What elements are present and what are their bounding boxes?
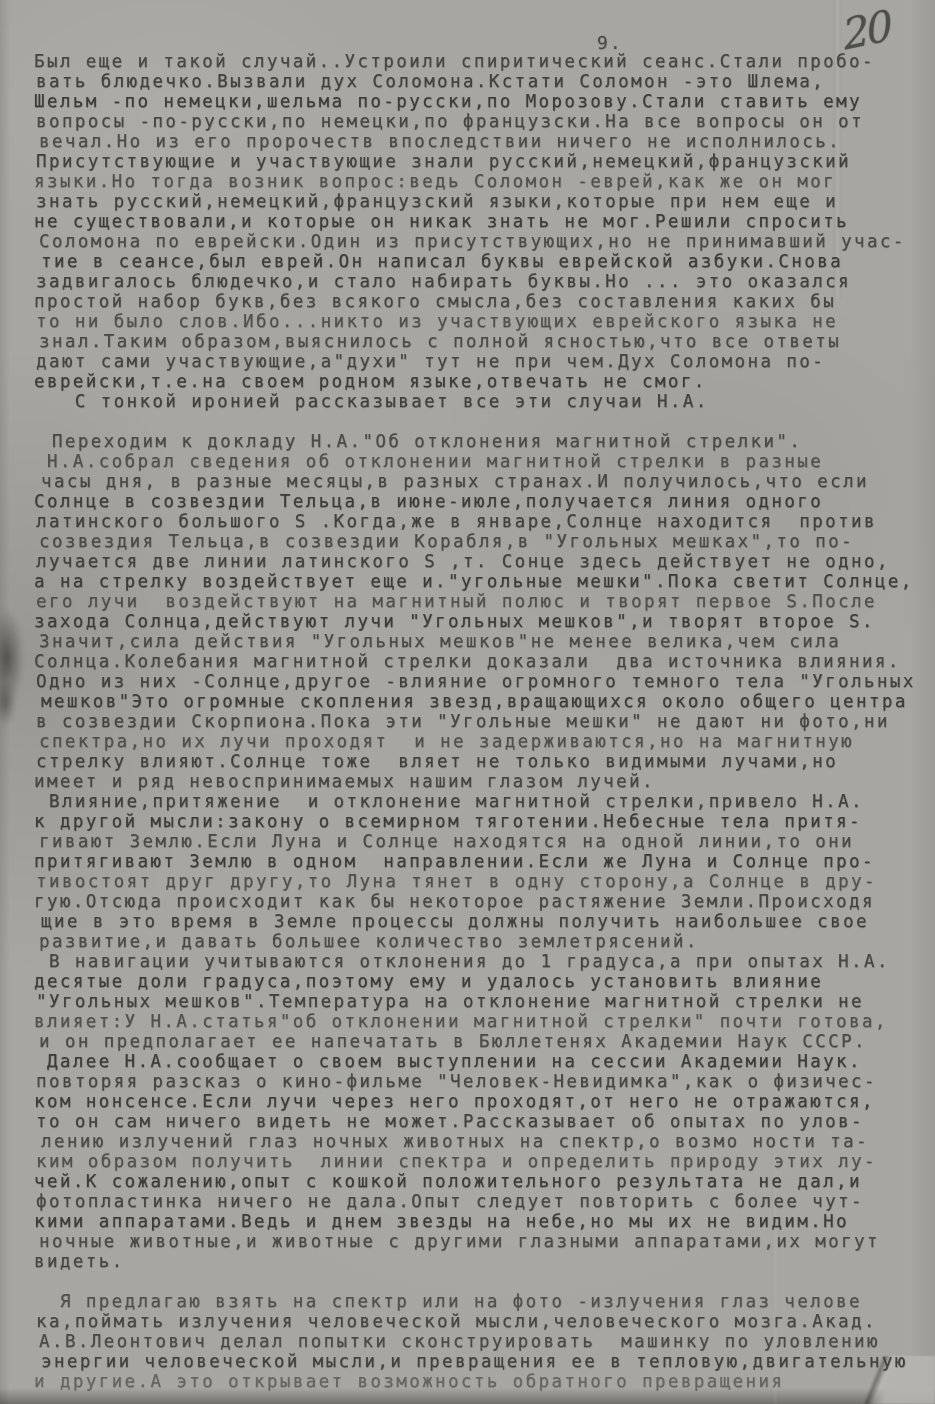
typescript-line: тивостоят друг другу,то Луна тянет в одн… (36, 872, 930, 892)
typescript-line: влияет:У Н.А.статья"об отклонении магнит… (34, 1012, 930, 1032)
typescript-line: Солнца.Колебания магнитной стрелки доказ… (34, 652, 930, 672)
typescript-line: захода Солнца,действуют лучи "Угольных м… (34, 612, 930, 632)
typescript-line: и другие.А это открывает возможность обр… (34, 1372, 930, 1392)
typescript-line: повторяя разсказ о кино-фильме "Человек-… (36, 1072, 930, 1092)
typescript-line: Одно из них -Солнце,другое -влияние огро… (36, 672, 930, 692)
typescript-line: Н.А.собрал сведения об отклонении магнит… (34, 452, 930, 472)
typescript-line: Соломона по еврейски.Один из присутствую… (39, 232, 930, 252)
typescript-line: его лучи воздействуют на магнитный полюс… (36, 592, 930, 612)
typescript-line: Шельм -по немецки,шельма по-русски,по Мо… (34, 92, 930, 112)
typescript-line: и он предполагает ее напечатать в Бюллет… (39, 1032, 930, 1052)
typescript: Был еще и такой случай..Устроили спирити… (34, 52, 930, 1392)
typescript-line: Далее Н.А.сообщает о своем выступлении н… (34, 1052, 930, 1072)
typescript-line (36, 1272, 930, 1292)
typescript-line: дают сами участвующие,а"духи" тут не при… (36, 352, 930, 372)
typescript-line: вечал.Но из его пророчеств впоследствии … (39, 132, 930, 152)
typescript-line: С тонкой иронией рассказывает все эти сл… (36, 392, 930, 412)
typescript-line: созвездия Тельца,в созвездии Корабля,в "… (39, 532, 930, 552)
typescript-line: стрелку влияют.Солнце тоже вляет не толь… (36, 752, 930, 772)
typescript-line: видеть. (34, 1252, 930, 1272)
typescript-line: спектра,но их лучи проходят и не задержи… (39, 732, 930, 752)
typescript-line: кими аппаратами.Ведь и днем звезды на не… (34, 1212, 930, 1232)
left-edge-smudge-small (0, 680, 16, 726)
typescript-line: задвигалось блюдечко,и стало набирать бу… (36, 272, 930, 292)
typescript-line: а на стрелку воздействует еще и."угольны… (34, 572, 930, 592)
typescript-line: Значит,сила действия "Угольных мешков"не… (39, 632, 930, 652)
typescript-line: Переходим к докладу Н.А."Об отклонения м… (39, 432, 930, 452)
typescript-line: языки.Но тогда возник вопрос:ведь Соломо… (34, 172, 930, 192)
typescript-line: гивают Землю.Если Луна и Солнце находятс… (39, 832, 930, 852)
typescript-line: простой набор букв,без всякого смысла,бе… (34, 292, 930, 312)
typescript-line: Присутствующие и участвующие знали русск… (36, 152, 930, 172)
typescript-line: лению излучений глаз ночных животных на … (41, 1132, 930, 1152)
typescript-line: знать русский,немецкий,французский языки… (36, 192, 930, 212)
typescript-line: А.В.Леонтович делал попытки сконструиров… (39, 1332, 930, 1352)
typescript-line: ком нонсенсе.Если лучи через него проход… (34, 1092, 930, 1112)
typescript-line: лучается две линии латинского S ,т. Сонц… (36, 552, 930, 572)
typescript-line: фотопластинка ничего не дала.Опыт следуе… (36, 1192, 930, 1212)
page-number: 9. (597, 33, 623, 54)
typescript-line: то ни было слов.Ибо...никто из участвующ… (36, 312, 930, 332)
typescript-line: "Угольных мешков".Температура на отклоне… (36, 992, 930, 1012)
typescript-line: еврейски,т.е.на своем родном языке,отвеч… (34, 372, 930, 392)
typescript-line: мешков"Это огромные скопления звезд,вращ… (41, 692, 930, 712)
typescript-line: латинского большого S .Когда,же в январе… (36, 512, 930, 532)
typescript-line: к другой мысли:закону о всемирном тяготе… (34, 812, 930, 832)
typescript-line: часы дня, в разные месяцы,в разных стран… (41, 472, 930, 492)
typescript-line: вопросы -по-русски,по немецки,по француз… (36, 112, 930, 132)
typescript-line: ка,поймать излучения человеческой мысли,… (36, 1312, 930, 1332)
typescript-line: десятые доли градуса,поэтому ему и удало… (34, 972, 930, 992)
typescript-line: ночные животные,и животные с другими гла… (39, 1232, 930, 1252)
typescript-line: энергии человеческой мысли,и превращения… (41, 1352, 930, 1372)
typescript-line: тие в сеансе,был еврей.Он написал буквы … (41, 252, 930, 272)
paper: 20 9. Был еще и такой случай..Устроили с… (0, 0, 935, 1404)
typescript-line: Влияние,притяжение и отклонение магнитно… (36, 792, 930, 812)
typescript-line: развитие,и давать большее количество зем… (39, 932, 930, 952)
typescript-line: то он сам ничего видеть не может.Рассказ… (36, 1112, 930, 1132)
typescript-line: в созвездии Скорпиона.Пока эти "Угольные… (36, 712, 930, 732)
typescript-line: не существовали,и которые он никак знать… (34, 212, 930, 232)
typescript-line: чей.К сожалению,опыт с кошкой положитель… (34, 1172, 930, 1192)
typescript-line: гую.Отсюда происходит как бы некоторое р… (34, 892, 930, 912)
typescript-line: щие в это время в Земле процессы должны … (41, 912, 930, 932)
typescript-line: Был еще и такой случай..Устроили спирити… (34, 52, 930, 72)
typescript-line: Солнце в созвездии Тельца,в июне-июле,по… (34, 492, 930, 512)
typescript-line: имеет и ряд невоспринимаемых нашим глазо… (34, 772, 930, 792)
typescript-line (34, 412, 930, 432)
typescript-line: вать блюдечко.Вызвали дух Соломона.Кстат… (36, 72, 930, 92)
typescript-line: В навигации учитываются отклонения до 1 … (36, 952, 930, 972)
typescript-line: Я предлагаю взять на спектр или на фото … (34, 1292, 930, 1312)
typescript-line: знал.Таким образом,выяснилось с полной я… (39, 332, 930, 352)
typescript-line: ким образом получить линии спектра и опр… (36, 1152, 930, 1172)
typescript-line: притягивают Землю в одном направлении.Ес… (34, 852, 930, 872)
